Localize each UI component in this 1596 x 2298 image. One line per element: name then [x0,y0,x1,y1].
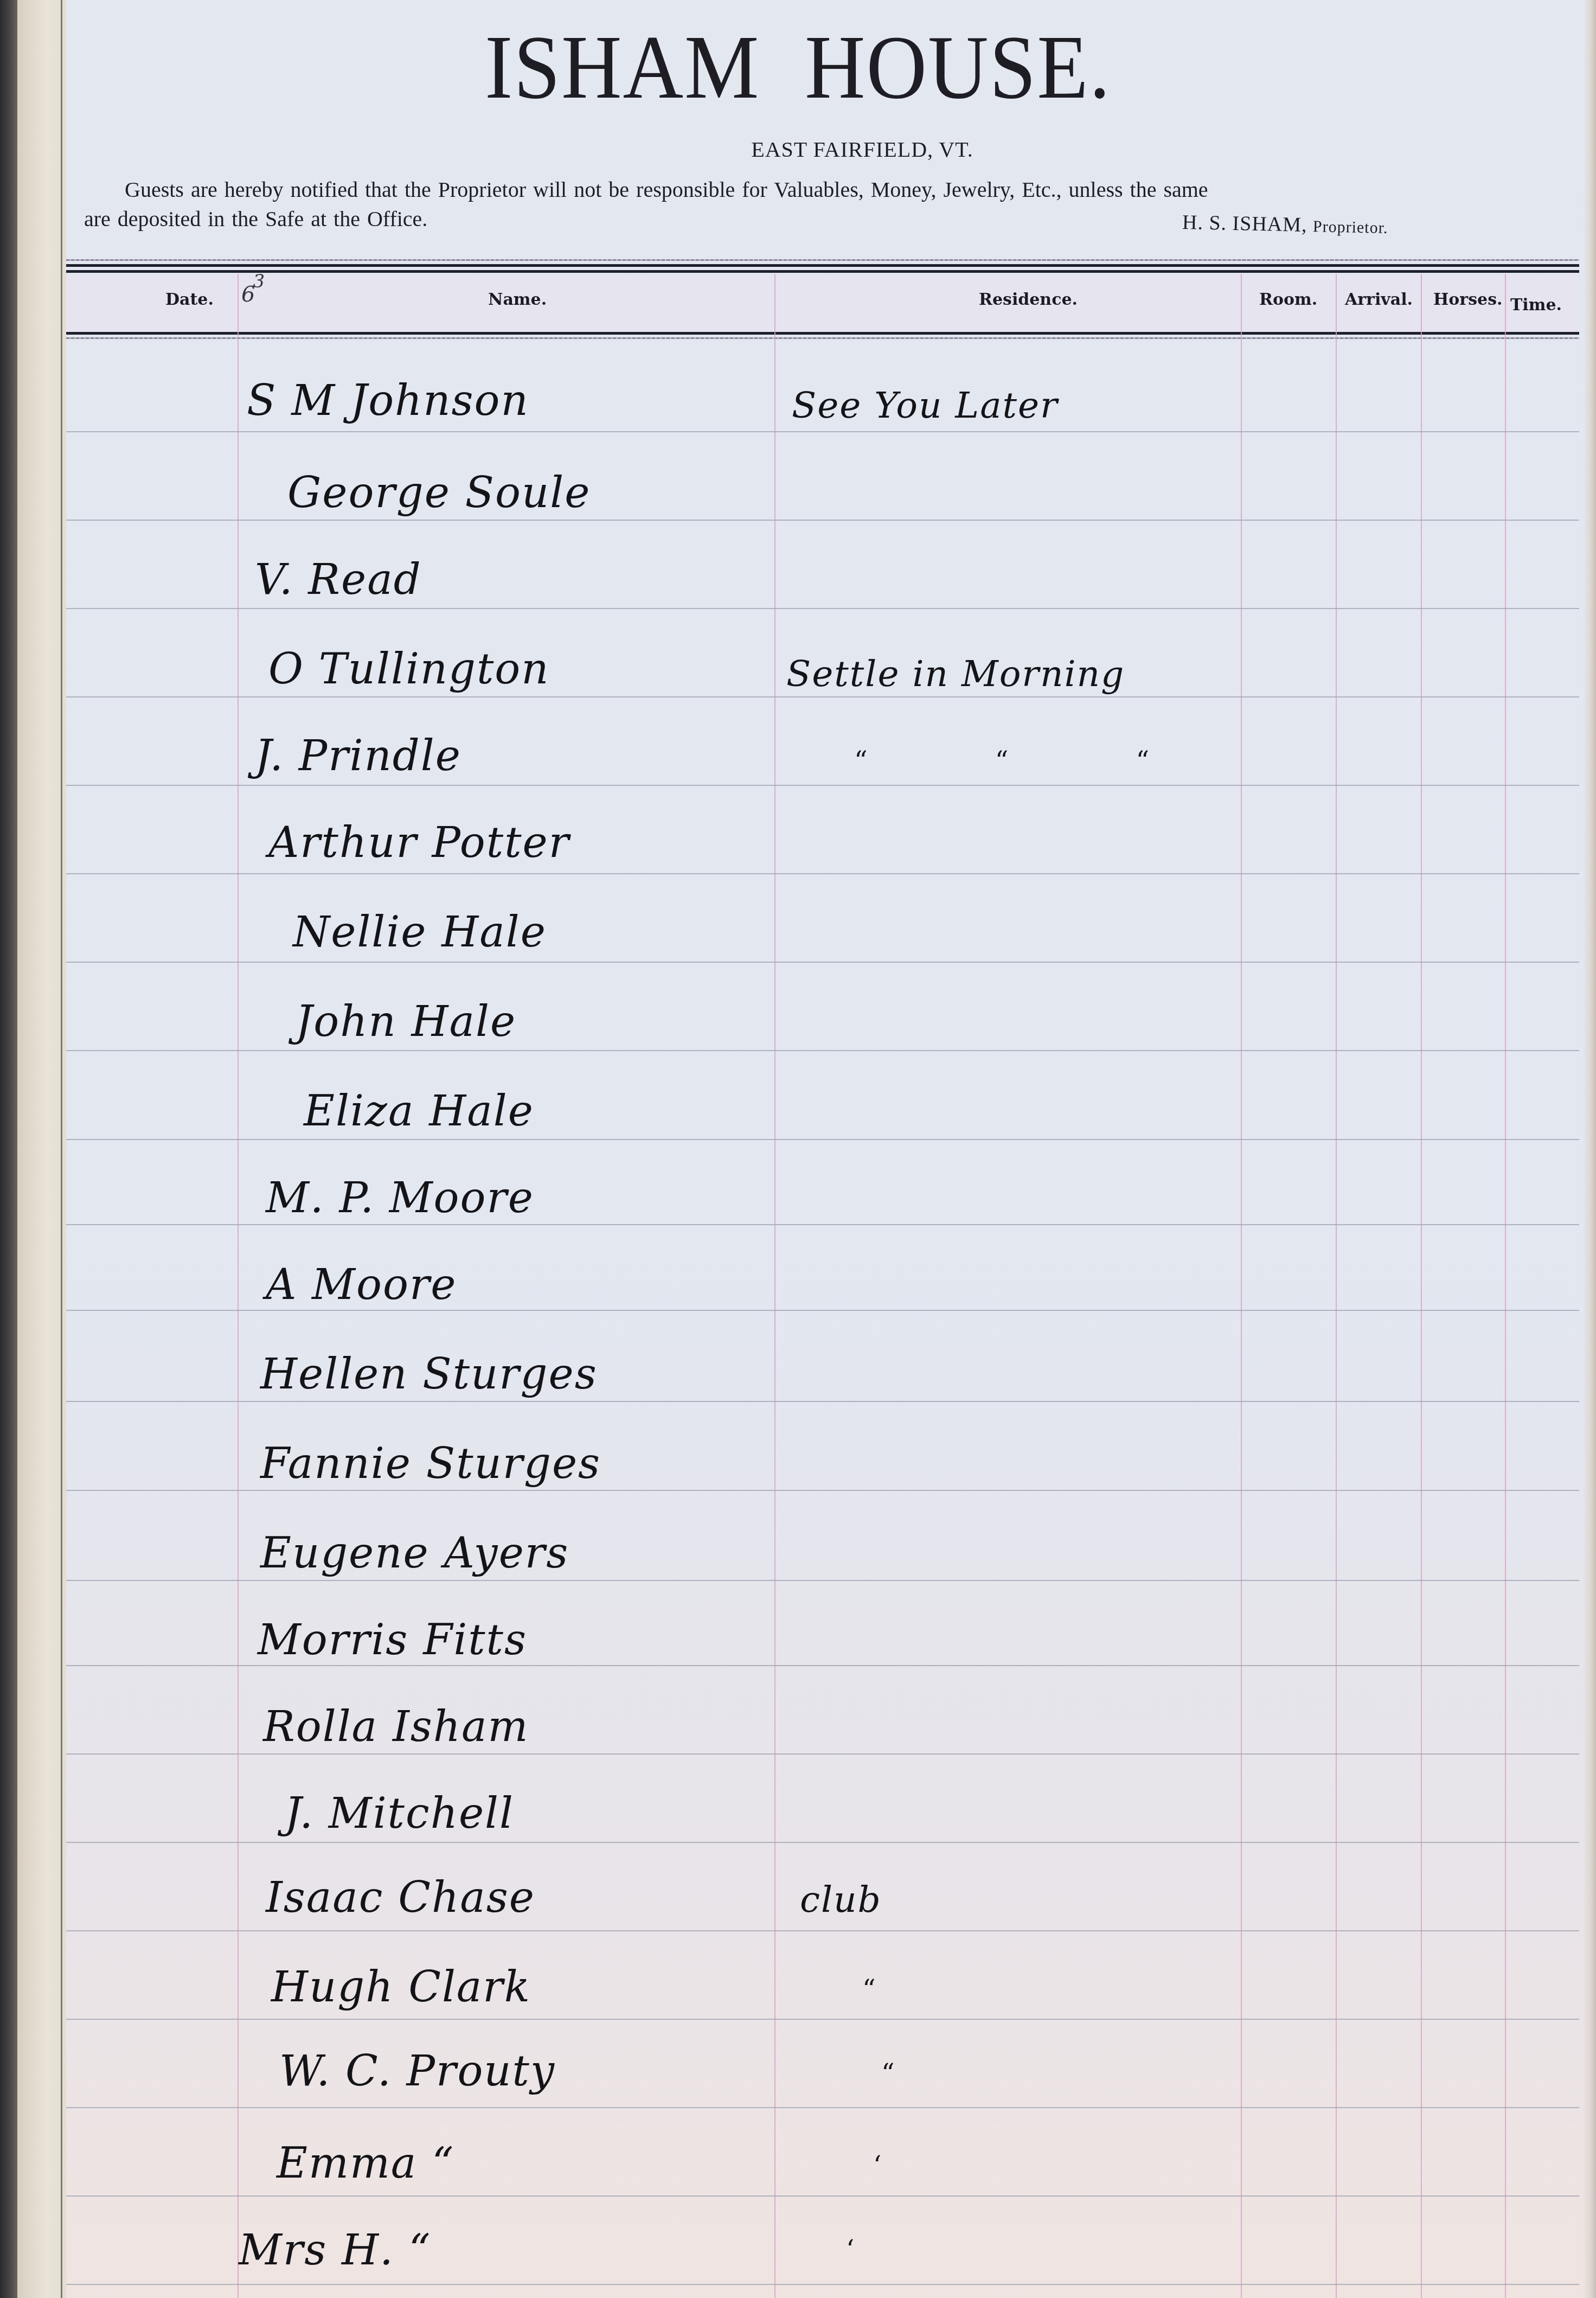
column-header-time: Time. [1510,296,1562,315]
guest-name: Mrs H. “ [239,2229,431,2271]
header-rule-bottom-thick [66,332,1579,335]
guest-name: M. P. Moore [266,1177,534,1219]
date-annotation: 63 [241,282,267,307]
hotel-title: ISHAMHOUSE. [64,22,1533,113]
guest-name: Morris Fitts [258,1619,527,1661]
ditto-marks: “ [862,1974,876,2005]
header-rule-bottom-thin [66,337,1579,339]
guest-name: O Tullington [268,648,550,690]
proprietor-name: H. S. ISHAM, [1182,211,1307,236]
guest-name: Eliza Hale [304,1090,534,1132]
notice-line-2: are deposited in the Safe at the Office. [84,206,427,232]
row-rule [66,1050,1579,1051]
column-header-room: Room. [1259,290,1317,309]
row-rule [66,1139,1579,1140]
column-divider-residence [1241,274,1242,2298]
column-header-name: Name. [488,290,547,309]
column-divider-arrival [1421,274,1422,2298]
title-isham: ISHAM [485,17,760,118]
column-header-date: Date. [165,290,214,309]
row-rule [66,962,1579,963]
column-header-residence: Residence. [979,290,1078,309]
header-rule-top-thick [66,270,1579,273]
column-divider-horses [1505,274,1506,2298]
register-page [66,0,1596,2298]
row-rule [66,1310,1579,1311]
date-annotation-sup: 3 [253,271,265,292]
row-rule [66,2107,1579,2108]
ditto-marks: ‘ [846,2235,854,2265]
ditto-marks: “ [881,2058,895,2089]
row-rule [66,2019,1579,2020]
guest-name: J. Mitchell [285,1793,514,1835]
guest-name: Arthur Potter [268,822,570,864]
row-rule [66,1753,1579,1755]
guest-name: A Moore [266,1264,457,1306]
proprietor-signature: H. S. ISHAM, Proprietor. [1182,210,1388,239]
ditto-marks: “ “ “ [854,746,1209,776]
proprietor-title: Proprietor. [1313,217,1388,237]
column-divider-name [774,274,775,2298]
ditto-marks: ‘ [873,2150,881,2181]
guest-name: W. C. Prouty [279,2050,555,2092]
row-rule [66,1401,1579,1402]
guest-residence: See You Later [792,388,1059,424]
row-rule [66,785,1579,786]
column-divider-date [238,274,239,2298]
row-rule [66,608,1579,609]
row-rule [66,2284,1579,2285]
guest-residence: Settle in Morning [786,656,1125,692]
title-house: HOUSE. [805,17,1111,118]
row-rule [66,1842,1579,1843]
row-rule [66,520,1579,521]
guest-name: Eugene Ayers [260,1532,569,1574]
row-rule [66,873,1579,874]
guest-name: J. Prindle [255,735,462,777]
guest-name: Hugh Clark [271,1966,531,2008]
column-header-arrival: Arrival. [1345,290,1413,309]
binding-line [61,0,62,2298]
guest-name: George Soule [287,472,591,514]
page-edge-shadow [1583,0,1596,2298]
header-rule-top-thin [66,259,1579,261]
guest-residence: club [800,1882,882,1918]
row-rule [66,2195,1579,2197]
hotel-location: EAST FAIRFIELD, VT. [0,137,1596,162]
row-rule [66,696,1579,697]
guest-name: Rolla Isham [263,1706,529,1748]
row-rule [66,431,1579,432]
guest-name: Fannie Sturges [260,1443,601,1485]
guest-name: Isaac Chase [266,1877,535,1919]
guest-name: V. Read [255,559,422,601]
guest-name: Emma “ [277,2142,454,2185]
page-stack-edge [17,0,66,2298]
row-rule [66,1490,1579,1491]
book-spine [0,0,17,2298]
header-rule-top-thick [66,264,1579,267]
row-rule [66,1224,1579,1225]
column-header-horses: Horses. [1433,290,1502,309]
row-rule [66,1580,1579,1581]
guest-name: Hellen Sturges [260,1353,598,1396]
column-divider-room [1336,274,1337,2298]
guest-name: S M Johnson [247,380,529,422]
guest-name: John Hale [296,1001,516,1043]
guest-name: Nellie Hale [293,911,547,953]
notice-line-1: Guests are hereby notified that the Prop… [125,175,1546,205]
row-rule [66,1930,1579,1931]
row-rule [66,1665,1579,1666]
